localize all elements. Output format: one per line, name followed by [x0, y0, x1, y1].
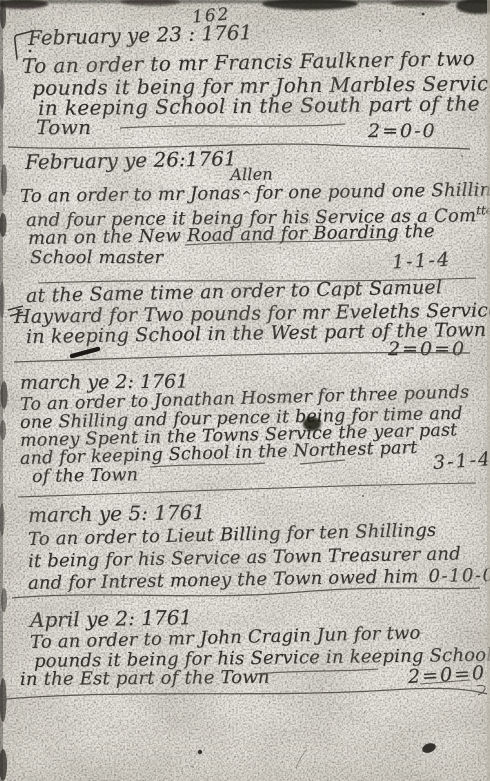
entry-amount: 0-10-0 — [428, 565, 490, 587]
entry-amount: 2=0=0 — [388, 338, 466, 360]
entry-amount: 3-1-4 — [432, 448, 490, 474]
insertion-mark: Allen^ — [241, 198, 256, 199]
left-binding-edge — [0, 0, 8, 781]
entry-date: February ye 23 : 1761 — [28, 14, 490, 50]
ledger-entry-feb26: February ye 26:1761 To an order to mr Jo… — [20, 150, 490, 268]
entry-amount: 1-1-4 — [391, 248, 451, 273]
top-edge-smudge — [0, 0, 490, 14]
manuscript-page: 162 February ye 23 : 1761 To an order to… — [0, 0, 490, 781]
ledger-entry-feb23: February ye 23 : 1761 To an order to mr … — [22, 26, 490, 138]
ledger-entry-hayward: at the Same time an order to Capt Samuel… — [26, 286, 490, 348]
ledger-entry-mar5: march ye 5: 1761 To an order to Lieut Bi… — [28, 503, 490, 595]
superscript-text: tte — [476, 203, 490, 217]
manuscript-line: in keeping School in the South part of t… — [38, 93, 490, 119]
ledger-entry-mar2: march ye 2: 1761 To an order to Jonathan… — [20, 372, 490, 486]
ledger-entry-apr2: April ye 2: 1761 To an order to mr John … — [30, 608, 490, 690]
entry-amount: 2=0=0 — [407, 662, 486, 688]
entry-amount: 2=0-0 — [368, 120, 437, 142]
inserted-word: Allen — [230, 163, 273, 185]
pen-blob-mark — [72, 349, 98, 356]
